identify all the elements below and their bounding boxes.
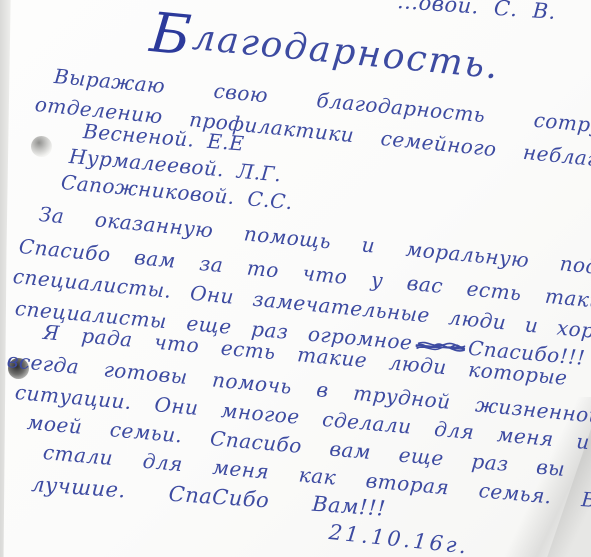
scanned-page: ...овой. С. В. Благодарность. Выражаю св… bbox=[0, 0, 591, 557]
title-initial: Б bbox=[147, 0, 195, 68]
hole-punch-top bbox=[31, 136, 52, 157]
